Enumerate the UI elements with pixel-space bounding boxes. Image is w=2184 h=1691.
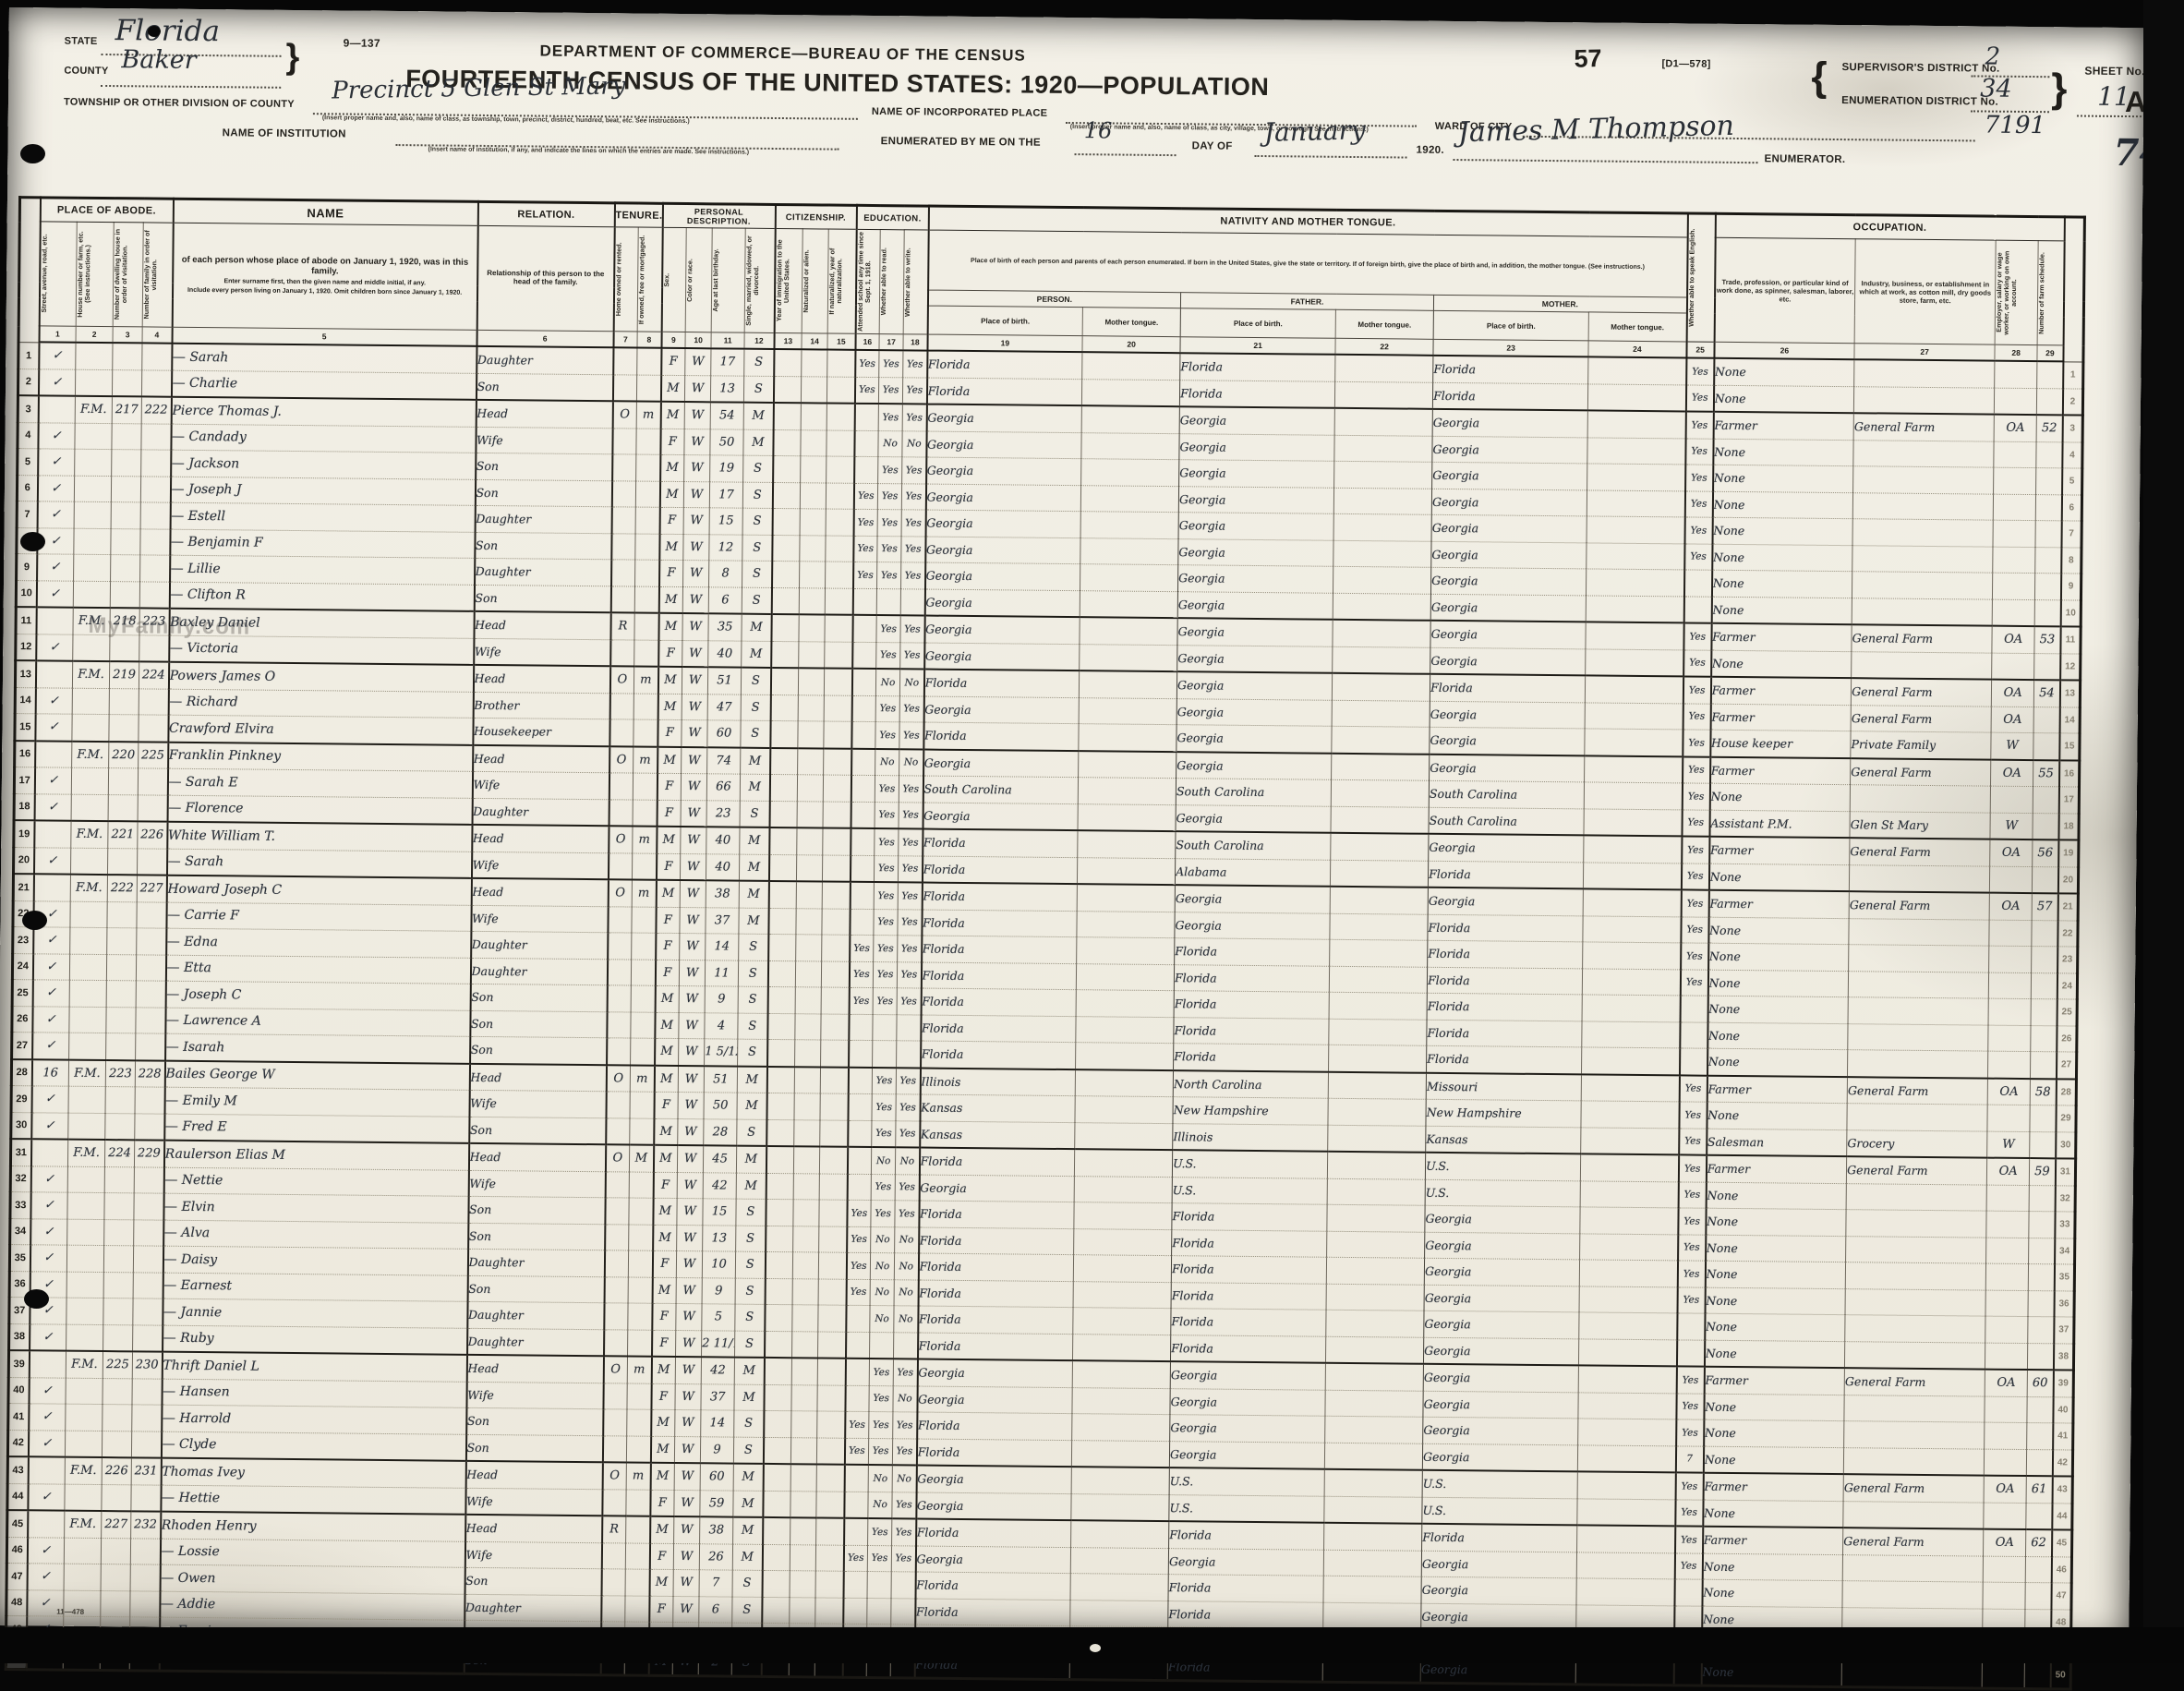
mother-mother-tongue bbox=[1577, 1525, 1675, 1552]
father-mother-tongue bbox=[1333, 646, 1430, 674]
able-to-write: No bbox=[902, 430, 926, 457]
able-to-read: Yes bbox=[872, 1094, 896, 1121]
person-mother-tongue bbox=[1074, 1149, 1172, 1177]
age: 13 bbox=[710, 375, 743, 402]
home-owned bbox=[608, 906, 632, 933]
marital-status: S bbox=[735, 1331, 765, 1358]
line-number: 42 bbox=[7, 1430, 28, 1456]
free-mortgaged bbox=[626, 1516, 650, 1542]
speaks-english: Yes bbox=[1675, 1472, 1703, 1499]
marital-status: M bbox=[732, 1544, 762, 1571]
street bbox=[35, 741, 72, 767]
marital-status: S bbox=[732, 1597, 762, 1624]
dwelling-number bbox=[105, 1087, 135, 1114]
naturalization-year bbox=[824, 695, 851, 722]
name: — Lawrence A bbox=[165, 1008, 470, 1037]
industry bbox=[1850, 864, 1990, 892]
house-number: F.M. bbox=[66, 1351, 103, 1378]
line-number-right: 22 bbox=[2057, 920, 2078, 947]
home-owned bbox=[604, 1303, 628, 1330]
dwelling-number bbox=[105, 1113, 135, 1140]
immigration-year bbox=[770, 668, 798, 695]
family-number bbox=[134, 1219, 163, 1246]
column-free-mortgaged: If owned, free or mortgaged. bbox=[637, 227, 662, 332]
marital-status: M bbox=[743, 403, 773, 429]
sex: F bbox=[654, 1092, 678, 1118]
family-number bbox=[138, 768, 167, 795]
person-birthplace: Florida bbox=[918, 1306, 1073, 1334]
age: 23 bbox=[706, 800, 740, 827]
street: ✓ bbox=[32, 1033, 69, 1059]
family-number: 230 bbox=[132, 1351, 162, 1378]
name: Thomas Ivey bbox=[161, 1458, 465, 1488]
marital-status: M bbox=[739, 908, 768, 935]
name: Franklin Pinkney bbox=[168, 742, 473, 771]
able-to-read: Yes bbox=[869, 1359, 893, 1385]
speaks-english bbox=[1684, 570, 1712, 597]
trade: Farmer bbox=[1711, 623, 1852, 651]
able-to-read: Yes bbox=[877, 536, 901, 562]
name: — Sarah E bbox=[167, 768, 472, 798]
sex: F bbox=[653, 1172, 677, 1199]
relation: Wife bbox=[474, 638, 610, 666]
trade: None bbox=[1712, 544, 1852, 572]
industry bbox=[1845, 1262, 1985, 1290]
person-mother-tongue bbox=[1074, 1228, 1172, 1256]
mother-birthplace: Georgia bbox=[1430, 594, 1586, 622]
able-to-read: Yes bbox=[875, 855, 899, 882]
name: — Jackson bbox=[171, 450, 476, 479]
naturalized bbox=[801, 429, 827, 456]
able-to-read: Yes bbox=[875, 695, 899, 722]
name: Powers James O bbox=[168, 662, 473, 692]
relation: Head bbox=[466, 1355, 603, 1383]
person-mother-tongue bbox=[1071, 1520, 1169, 1548]
trade: None bbox=[1704, 1394, 1844, 1421]
column-home-owned: Home owned or rented. bbox=[613, 227, 638, 332]
line-number-right: 45 bbox=[2052, 1529, 2072, 1556]
attended-school bbox=[849, 1040, 873, 1067]
scan-dust-spot bbox=[1090, 1644, 1101, 1652]
able-to-write: Yes bbox=[896, 1120, 920, 1147]
column-industry: Industry, business, or establishment in … bbox=[1854, 239, 1996, 344]
sex: M bbox=[658, 613, 682, 640]
immigration-year bbox=[773, 403, 801, 429]
enumeration-district-value: 34 bbox=[1980, 74, 2012, 103]
person-mother-tongue bbox=[1076, 1043, 1174, 1070]
sex: M bbox=[655, 1012, 679, 1039]
industry: General Farm bbox=[1847, 1156, 1987, 1184]
able-to-write: No bbox=[899, 749, 923, 776]
punch-hole bbox=[20, 144, 45, 163]
color-race: W bbox=[682, 640, 708, 667]
person-mother-tongue bbox=[1075, 1069, 1173, 1097]
free-mortgaged bbox=[633, 719, 658, 746]
family-number bbox=[131, 1484, 161, 1511]
employer-code: OA bbox=[1991, 707, 2033, 733]
father-birthplace: Florida bbox=[1174, 1044, 1329, 1072]
mother-birthplace: Florida bbox=[1427, 1020, 1582, 1047]
house-number bbox=[75, 369, 112, 396]
employer-code bbox=[1985, 1396, 2027, 1423]
naturalization-year bbox=[823, 775, 851, 802]
speaks-english: Yes bbox=[1675, 1499, 1703, 1526]
sex: F bbox=[657, 773, 681, 800]
naturalized bbox=[800, 535, 826, 562]
mother-mother-tongue bbox=[1585, 729, 1683, 756]
relation-description: Relationship of this person to the head … bbox=[477, 225, 614, 331]
age: 47 bbox=[707, 694, 741, 720]
relation: Head bbox=[465, 1461, 602, 1489]
able-to-write: Yes bbox=[898, 909, 922, 936]
mother-birthplace: Georgia bbox=[1430, 647, 1586, 676]
industry bbox=[1850, 785, 1990, 813]
age: 17 bbox=[709, 481, 742, 508]
person-mother-tongue bbox=[1080, 644, 1177, 671]
farm-schedule-label: Number of farm schedule. bbox=[2038, 250, 2046, 336]
color-race: W bbox=[682, 613, 708, 640]
attended-school bbox=[847, 1174, 871, 1201]
father-birthplace: Florida bbox=[1171, 1282, 1326, 1310]
home-owned bbox=[607, 985, 631, 1012]
trade: Farmer bbox=[1703, 1473, 1843, 1501]
mother-mother-tongue bbox=[1578, 1365, 1676, 1393]
line-number-right: 38 bbox=[2054, 1343, 2074, 1370]
employer-code bbox=[1988, 1051, 2031, 1078]
naturalized bbox=[794, 1067, 820, 1093]
immigration-year bbox=[767, 960, 795, 987]
farm-schedule bbox=[2035, 574, 2061, 600]
home-owned: O bbox=[602, 1462, 626, 1489]
mother-birthplace: Florida bbox=[1428, 940, 1583, 968]
dwelling-number bbox=[103, 1246, 133, 1273]
house-number: F.M. bbox=[67, 1140, 104, 1166]
marital-status: M bbox=[736, 1173, 766, 1200]
relation: Son bbox=[470, 1036, 607, 1064]
relation: Son bbox=[467, 1275, 604, 1303]
speaks-english: Yes bbox=[1684, 490, 1712, 517]
farm-schedule bbox=[2029, 1238, 2055, 1264]
sex: M bbox=[659, 534, 683, 561]
color-race: W bbox=[674, 1490, 700, 1516]
farm-schedule bbox=[2025, 1583, 2051, 1610]
able-to-read: No bbox=[875, 749, 899, 776]
column-number: 12 bbox=[744, 332, 774, 349]
marital-status: M bbox=[743, 429, 773, 456]
mother-birthplace: Georgia bbox=[1424, 1311, 1579, 1338]
name: — Sarah bbox=[172, 344, 477, 373]
house-number bbox=[65, 1431, 102, 1457]
relation: Son bbox=[466, 1407, 603, 1435]
father-birthplace: Georgia bbox=[1178, 513, 1333, 540]
able-to-write: Yes bbox=[896, 1094, 920, 1121]
enumeration-district-label: ENUMERATION DISTRICT No. bbox=[1841, 95, 1998, 108]
able-to-read: Yes bbox=[879, 377, 903, 404]
farm-schedule bbox=[2027, 1423, 2053, 1450]
person-birthplace: Florida bbox=[918, 1253, 1073, 1281]
home-owned: O bbox=[603, 1356, 627, 1383]
column-number: 22 bbox=[1335, 338, 1433, 356]
father-mother-tongue bbox=[1326, 1284, 1424, 1311]
family-number bbox=[139, 688, 168, 715]
immigration-year bbox=[773, 376, 801, 403]
age: 59 bbox=[700, 1490, 733, 1516]
free-mortgaged bbox=[628, 1303, 652, 1330]
naturalized bbox=[791, 1358, 817, 1384]
column-dwelling-number: Number of dwelling house in order of vis… bbox=[113, 223, 143, 327]
mother-birthplace: Georgia bbox=[1424, 1285, 1579, 1312]
color-race: W bbox=[673, 1569, 699, 1596]
farm-schedule bbox=[2033, 813, 2058, 839]
name-desc-2: Enter surname first, then the given name… bbox=[174, 277, 477, 286]
employer-code: OA bbox=[1987, 1158, 2030, 1185]
house-number bbox=[69, 1033, 106, 1059]
home-owned bbox=[611, 560, 635, 586]
street: ✓ bbox=[28, 1483, 65, 1510]
speaks-english: Yes bbox=[1683, 756, 1710, 783]
naturalized bbox=[791, 1411, 817, 1438]
farm-schedule bbox=[2030, 1131, 2056, 1158]
relation: Son bbox=[468, 1196, 605, 1224]
person-mother-tongue bbox=[1077, 911, 1175, 938]
naturalized bbox=[798, 695, 824, 721]
person-birthplace: Florida bbox=[915, 1598, 1070, 1625]
father-birthplace: Florida bbox=[1169, 1521, 1324, 1550]
sex: F bbox=[656, 933, 680, 960]
father-birthplace: Georgia bbox=[1169, 1441, 1324, 1469]
naturalized bbox=[795, 1013, 821, 1040]
street: ✓ bbox=[33, 927, 70, 954]
name: — Richard bbox=[168, 689, 473, 719]
mother-mother-tongue bbox=[1579, 1338, 1677, 1366]
naturalized bbox=[790, 1597, 815, 1624]
relation: Head bbox=[473, 665, 609, 693]
person-birthplace: Georgia bbox=[919, 1175, 1074, 1202]
employer-code: W bbox=[1991, 732, 2033, 759]
mother-birthplace: Georgia bbox=[1421, 1551, 1576, 1578]
person-mother-tongue bbox=[1072, 1414, 1170, 1442]
trade: House keeper bbox=[1710, 730, 1851, 757]
attended-school bbox=[846, 1305, 870, 1332]
farm-schedule bbox=[2032, 947, 2057, 973]
employer-code bbox=[1983, 1582, 2025, 1609]
mother-mother-tongue bbox=[1577, 1471, 1675, 1499]
father-mother-tongue bbox=[1331, 779, 1429, 807]
free-mortgaged-label: If owned, free or mortgaged. bbox=[638, 233, 646, 326]
naturalization-year bbox=[827, 350, 855, 377]
family-number bbox=[137, 901, 166, 928]
industry: Glen St Mary bbox=[1850, 811, 1990, 839]
person-mother-tongue bbox=[1075, 1096, 1173, 1124]
father-birthplace: Georgia bbox=[1177, 591, 1333, 620]
employer-code: OA bbox=[1984, 1476, 2026, 1503]
column-number: 23 bbox=[1433, 339, 1588, 356]
naturalization-year bbox=[820, 1119, 848, 1146]
employer-code: OA bbox=[1994, 415, 2036, 441]
immigration-year bbox=[765, 1304, 792, 1331]
column-number: 13 bbox=[774, 332, 802, 349]
father-mother-tongue bbox=[1327, 1204, 1425, 1232]
father-mother-tongue bbox=[1333, 540, 1431, 568]
immigration-year bbox=[765, 1251, 792, 1278]
father-mother-tongue bbox=[1325, 1363, 1423, 1391]
age: 42 bbox=[703, 1172, 736, 1199]
relation: Son bbox=[465, 1567, 601, 1595]
father-mother-tongue bbox=[1334, 381, 1432, 409]
father-mother-tongue bbox=[1333, 593, 1430, 621]
father-mother-tongue bbox=[1324, 1496, 1422, 1524]
home-owned: O bbox=[608, 879, 632, 906]
home-owned bbox=[607, 1038, 631, 1065]
employer-code bbox=[1990, 866, 2033, 893]
line-number: 11 bbox=[16, 607, 36, 634]
line-number-header-right bbox=[2063, 217, 2085, 362]
mother-birthplace: Georgia bbox=[1431, 541, 1587, 569]
house-number bbox=[76, 343, 113, 369]
age: 8 bbox=[709, 561, 742, 587]
employer-code bbox=[1992, 653, 2034, 680]
speaks-english bbox=[1680, 996, 1707, 1022]
name: — Owen bbox=[160, 1564, 465, 1594]
dwelling-number bbox=[104, 1193, 134, 1220]
house-number bbox=[69, 1007, 106, 1033]
immigration-year bbox=[774, 349, 802, 376]
father-birthplace: Georgia bbox=[1176, 671, 1332, 700]
line-number: 4 bbox=[18, 422, 38, 449]
home-owned bbox=[605, 1171, 629, 1198]
dwelling-number bbox=[111, 528, 140, 555]
color-race: W bbox=[677, 1199, 703, 1226]
naturalization-year bbox=[824, 669, 851, 695]
industry bbox=[1844, 1447, 1985, 1475]
line-number: 14 bbox=[15, 687, 35, 714]
able-to-write: Yes bbox=[899, 828, 923, 855]
able-to-read: Yes bbox=[869, 1412, 893, 1439]
immigration-year bbox=[772, 508, 800, 535]
naturalized bbox=[790, 1571, 815, 1598]
person-mother-tongue bbox=[1077, 937, 1175, 965]
dwelling-number bbox=[106, 981, 136, 1008]
free-mortgaged: m bbox=[626, 1462, 650, 1489]
farm-schedule: 56 bbox=[2033, 839, 2058, 866]
mother-mother-tongue bbox=[1583, 942, 1681, 970]
mother-mother-tongue bbox=[1582, 968, 1680, 996]
sex: F bbox=[657, 853, 681, 880]
person-mother-tongue bbox=[1081, 432, 1179, 460]
mother-mother-tongue bbox=[1587, 542, 1684, 570]
attended-school bbox=[851, 695, 875, 722]
home-owned: O bbox=[605, 1144, 629, 1171]
column-number: 26 bbox=[1714, 342, 1854, 359]
sex: M bbox=[651, 1357, 675, 1383]
father-mother-tongue bbox=[1329, 1045, 1427, 1072]
person-birthplace: Georgia bbox=[917, 1359, 1072, 1388]
age: 12 bbox=[709, 534, 742, 561]
trade: None bbox=[1711, 597, 1852, 624]
line-number: 3 bbox=[18, 395, 38, 422]
father-mother-tongue bbox=[1334, 461, 1432, 489]
person-mother-tongue bbox=[1070, 1574, 1168, 1601]
trade: None bbox=[1706, 1208, 1846, 1236]
able-to-read: Yes bbox=[877, 562, 901, 589]
family-number bbox=[142, 343, 172, 369]
employer-code bbox=[1985, 1263, 2028, 1290]
name: — Candady bbox=[171, 424, 476, 453]
marital-status: S bbox=[743, 376, 773, 403]
relation: Head bbox=[472, 825, 609, 852]
plate-code: [D1—578] bbox=[1661, 58, 1710, 70]
month-underline bbox=[1255, 154, 1407, 159]
naturalization-year bbox=[821, 1013, 849, 1040]
naturalization-year bbox=[827, 377, 854, 404]
home-owned bbox=[612, 374, 636, 401]
farm-schedule bbox=[2028, 1317, 2054, 1344]
person-mother-tongue bbox=[1082, 352, 1180, 380]
farm-schedule bbox=[2029, 1212, 2055, 1238]
line-number: 28 bbox=[11, 1059, 31, 1086]
attended-school bbox=[843, 1571, 867, 1598]
line-number: 7 bbox=[17, 501, 37, 528]
industry bbox=[1845, 1341, 1985, 1369]
dwelling-number bbox=[106, 1007, 136, 1033]
color-race: W bbox=[680, 934, 706, 960]
house-number: F.M. bbox=[68, 1059, 105, 1086]
person-birthplace: Florida bbox=[919, 1201, 1074, 1228]
trade: Farmer bbox=[1713, 412, 1853, 440]
relation: Son bbox=[476, 373, 612, 401]
farm-schedule bbox=[2037, 361, 2063, 388]
dwelling-number: 218 bbox=[110, 608, 139, 634]
father-mother-tongue bbox=[1333, 566, 1431, 594]
able-to-write: Yes bbox=[900, 642, 924, 669]
person-birthplace: Florida bbox=[922, 883, 1077, 912]
line-number: 5 bbox=[18, 449, 38, 476]
line-number-right: 24 bbox=[2057, 972, 2077, 999]
able-to-write: Yes bbox=[892, 1518, 916, 1545]
father-birthplace: New Hampshire bbox=[1173, 1097, 1328, 1125]
family-number-label: Number of family in order of visitation. bbox=[143, 223, 159, 326]
father-mother-tongue bbox=[1329, 1019, 1427, 1046]
father-mother-tongue bbox=[1329, 966, 1427, 994]
dwelling-number bbox=[113, 343, 142, 369]
name: — Alva bbox=[163, 1220, 468, 1250]
able-to-read: Yes bbox=[877, 510, 901, 537]
home-owned bbox=[607, 1011, 631, 1038]
naturalization-year bbox=[821, 1040, 849, 1067]
mother-mother-tongue bbox=[1587, 464, 1685, 491]
column-marital: Single, married, widowed, or divorced. bbox=[744, 228, 775, 332]
dwelling-number: 221 bbox=[108, 821, 138, 848]
relation: Head bbox=[473, 744, 609, 772]
immigration-year bbox=[762, 1597, 790, 1624]
family-number bbox=[131, 1431, 161, 1457]
immigration-year bbox=[770, 695, 798, 721]
age: 54 bbox=[710, 402, 743, 429]
marital-status: S bbox=[732, 1570, 762, 1597]
mother-mother-tongue bbox=[1577, 1444, 1675, 1472]
age: 11 bbox=[705, 960, 738, 986]
person-birthplace: Georgia bbox=[924, 589, 1080, 618]
immigration-year bbox=[771, 587, 799, 614]
name: — Victoria bbox=[169, 635, 474, 665]
immigration-year bbox=[770, 720, 798, 747]
naturalization-year bbox=[816, 1464, 844, 1491]
mother-birthplace: Georgia bbox=[1430, 754, 1585, 782]
line-number-header bbox=[18, 198, 41, 343]
line-number-right: 18 bbox=[2058, 813, 2079, 839]
name: — Daisy bbox=[163, 1246, 467, 1275]
industry: General Farm bbox=[1852, 624, 1992, 652]
